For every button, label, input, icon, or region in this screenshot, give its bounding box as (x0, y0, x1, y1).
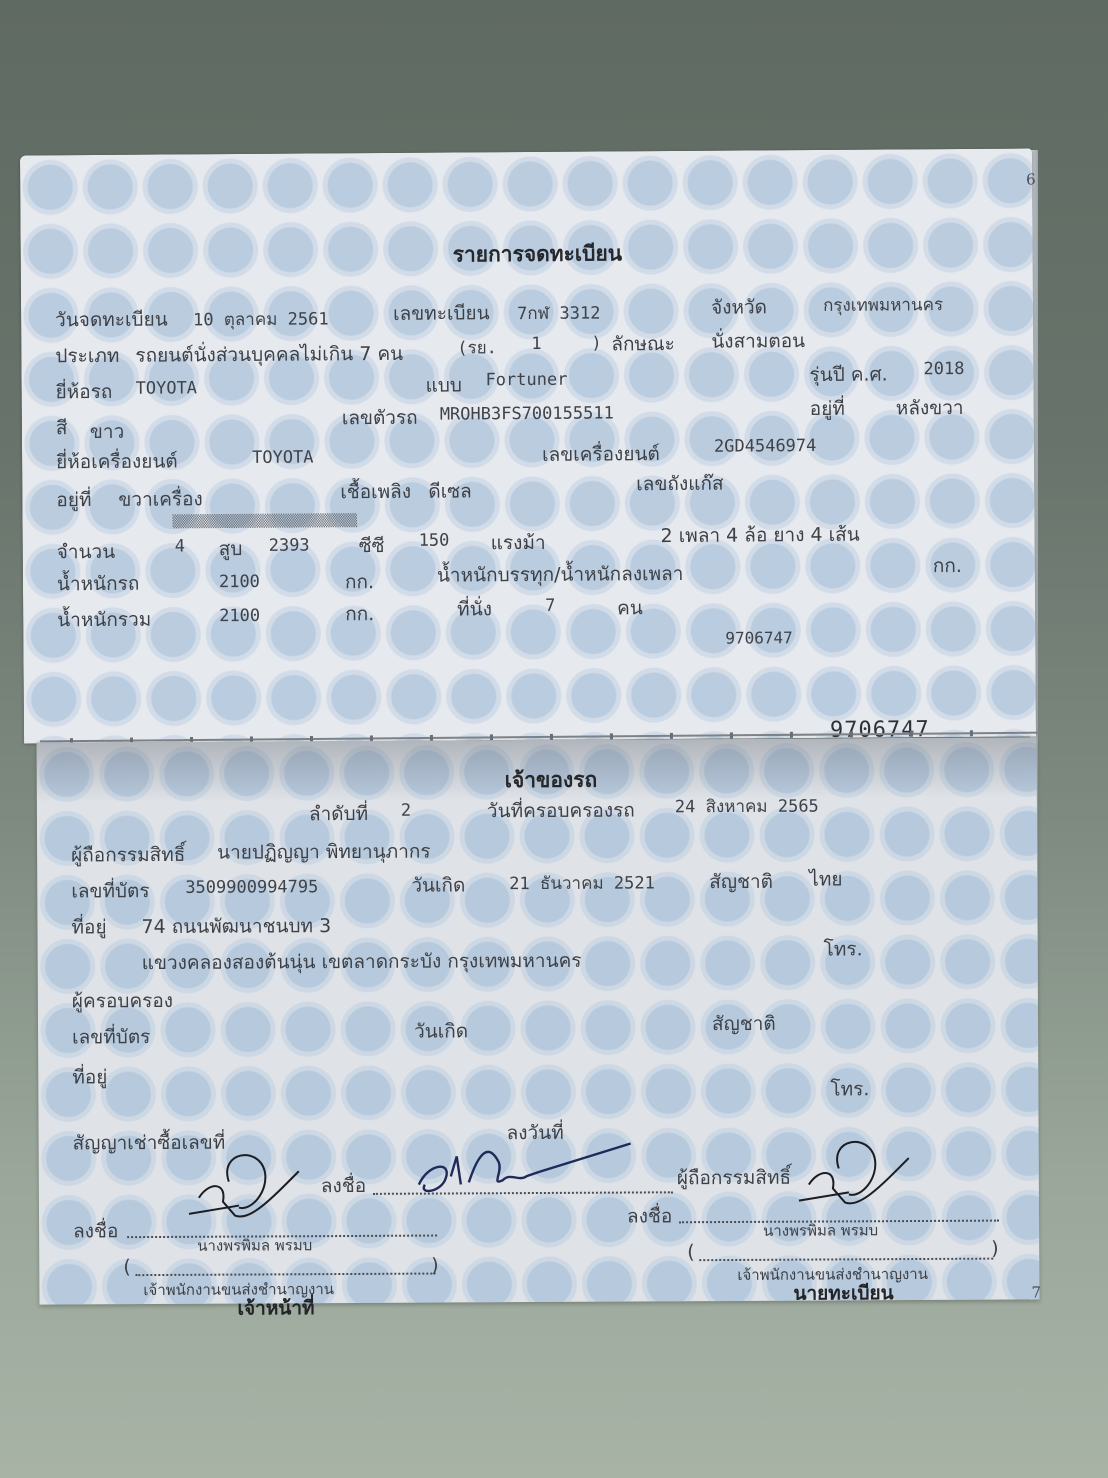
address-line-1: 74 ถนนพัฒนาชนบท 3 (141, 911, 331, 942)
engine-location-value: ขวาเครื่อง (118, 484, 203, 515)
registrar-open-paren: ( (687, 1241, 695, 1263)
engine-number-label: เลขเครื่องยนต์ (542, 439, 660, 470)
possessor-nationality-label: สัญชาติ (712, 1009, 776, 1039)
id-card-label: เลขที่บัตร (71, 876, 149, 906)
year-label: รุ่นปี ค.ศ. (809, 359, 887, 390)
owner-section-title: เจ้าของรถ (505, 764, 598, 797)
owner-page: เจ้าของรถ ลำดับที่ 2 วันที่ครอบครองรถ 24… (37, 737, 1040, 1304)
registrar-position-line (699, 1258, 993, 1262)
reg-date-value: 10 ตุลาคม 2561 (193, 305, 329, 333)
possessor-id-label: เลขที่บัตร (72, 1022, 150, 1052)
gas-tank-label: เลขถังแก๊ส (636, 469, 723, 500)
seats-value: 7 (545, 596, 555, 616)
registrar-sign-label: ลงชื่อ (627, 1201, 672, 1231)
seats-unit: คน (617, 593, 643, 623)
possessor-label: ผู้ครอบครอง (72, 986, 173, 1017)
style-label: ลักษณะ (611, 329, 675, 359)
officer-close-paren: ) (431, 1255, 439, 1277)
sequence-value: 2 (401, 801, 411, 821)
possessor-birth-date-label: วันเกิด (414, 1016, 468, 1046)
kg-unit-1: กก. (345, 567, 374, 597)
holder-signature (399, 1131, 639, 1212)
color-label: สี (56, 413, 68, 443)
plate-label: เลขทะเบียน (393, 298, 490, 329)
possession-date-value: 24 สิงหาคม 2565 (675, 793, 819, 821)
cylinder-label: สูบ (219, 534, 243, 564)
officer-name: นางพรพิมล พรมบ (197, 1233, 312, 1258)
axle-wheel-tire-text: 2 เพลา 4 ล้อ ยาง 4 เส้น (661, 520, 860, 551)
officer-open-paren: ( (123, 1256, 131, 1278)
address-label: ที่อยู่ (71, 912, 106, 942)
vehicle-weight-value: 2100 (219, 572, 260, 592)
registrar-name: นางพรพิมล พรมบ (763, 1218, 878, 1243)
cc-value: 2393 (269, 536, 310, 556)
province-label: จังหวัด (711, 292, 767, 322)
chassis-location-label: อยู่ที่ (810, 394, 845, 424)
gross-weight-value: 2100 (219, 606, 260, 626)
load-weight-label: น้ำหนักบรรทุก/น้ำหนักลงเพลา (437, 559, 684, 591)
engine-number-value: 2GD4546974 (714, 436, 816, 457)
engine-brand-label: ยี่ห้อเครื่องยนต์ (56, 446, 178, 477)
fuel-value: ดีเซล (428, 476, 472, 506)
province-value: กรุงเทพมหานคร (823, 291, 943, 319)
registrar-role: นายทะเบียน (793, 1278, 893, 1309)
horsepower-value: 150 (419, 531, 450, 551)
possessor-address-label: ที่อยู่ (72, 1062, 107, 1092)
phone-label: โทร. (824, 934, 863, 964)
cc-label: ซีซี (359, 531, 385, 561)
holder-sign-label: ลงชื่อ (321, 1171, 366, 1201)
birth-date-label: วันเกิด (411, 870, 465, 900)
officer-role: เจ้าหน้าที่ (237, 1293, 314, 1323)
sequence-label: ลำดับที่ (309, 799, 368, 829)
chassis-label: เลขตัวรถ (342, 403, 418, 434)
engine-brand-value: TOYOTA (252, 447, 314, 467)
brand-label: ยี่ห้อรถ (56, 377, 113, 407)
horsepower-label: แรงม้า (491, 528, 546, 558)
model-value: Fortuner (485, 370, 567, 391)
brand-value: TOYOTA (136, 378, 198, 398)
possession-date-label: วันที่ครอบครองรถ (487, 795, 635, 826)
type-label: ประเภท (55, 341, 119, 371)
birth-date-value: 21 ธันวาคม 2521 (509, 869, 655, 897)
holder-label: ผู้ถือกรรมสิทธิ์ (71, 840, 185, 871)
reg-date-label: วันจดทะเบียน (55, 305, 168, 336)
model-label: แบบ (425, 370, 462, 400)
year-value: 2018 (923, 359, 964, 379)
nationality-label: สัญชาติ (709, 867, 773, 897)
page-title: รายการจดทะเบียน (453, 237, 623, 271)
holder-role-label: ผู้ถือกรรมสิทธิ์ (677, 1163, 791, 1194)
nationality-value: ไทย (809, 864, 842, 894)
document-code: 9706747 (725, 628, 793, 647)
officer-signature (169, 1141, 309, 1232)
possessor-phone-label: โทร. (830, 1074, 869, 1104)
class-suffix: ) (591, 333, 601, 353)
officer-sign-label: ลงชื่อ (73, 1216, 118, 1246)
cylinder-count-value: 4 (175, 536, 185, 556)
officer-position-line (135, 1273, 435, 1277)
plate-value: 7กฬ 3312 (517, 299, 601, 327)
gross-weight-label: น้ำหนักรวม (57, 605, 151, 636)
registrar-close-paren: ) (991, 1238, 999, 1260)
vehicle-weight-label: น้ำหนักรถ (57, 569, 140, 600)
fuel-label: เชื้อเพลิง (340, 477, 411, 507)
type-value: รถยนต์นั่งส่วนบุคคลไม่เกิน 7 คน (135, 339, 403, 371)
chassis-value: MROHB3FS700155511 (440, 403, 614, 424)
page-number-bottom: 7 (1031, 1283, 1041, 1301)
address-line-2: แขวงคลองสองต้นนุ่น เขตลาดกระบัง กรุงเทพม… (142, 946, 582, 978)
cylinder-count-label: จำนวน (57, 537, 116, 567)
holder-name: นายปฏิญญา พิทยานุภากร (217, 837, 431, 868)
chassis-location-value: หลังขวา (896, 393, 964, 423)
registration-page: 6 รายการจดทะเบียน วันจดทะเบียน 10 ตุลาคม… (20, 148, 1036, 743)
page-number: 6 (1026, 170, 1036, 188)
engine-location-label: อยู่ที่ (56, 485, 91, 515)
class-prefix: (รย. (457, 334, 497, 361)
kg-unit-2: กก. (933, 551, 962, 581)
kg-unit-3: กก. (345, 599, 374, 629)
color-value: ขาว (90, 417, 125, 447)
faded-underprint: ▒▒▒▒▒▒▒▒▒▒▒▒▒▒▒▒▒▒▒▒ (172, 513, 357, 528)
class-value: 1 (531, 334, 541, 354)
registrar-signature (779, 1128, 919, 1219)
id-card-value: 3509900994795 (185, 877, 318, 898)
seats-label: ที่นั่ง (457, 594, 492, 624)
style-value: นั่งสามตอน (711, 326, 805, 357)
